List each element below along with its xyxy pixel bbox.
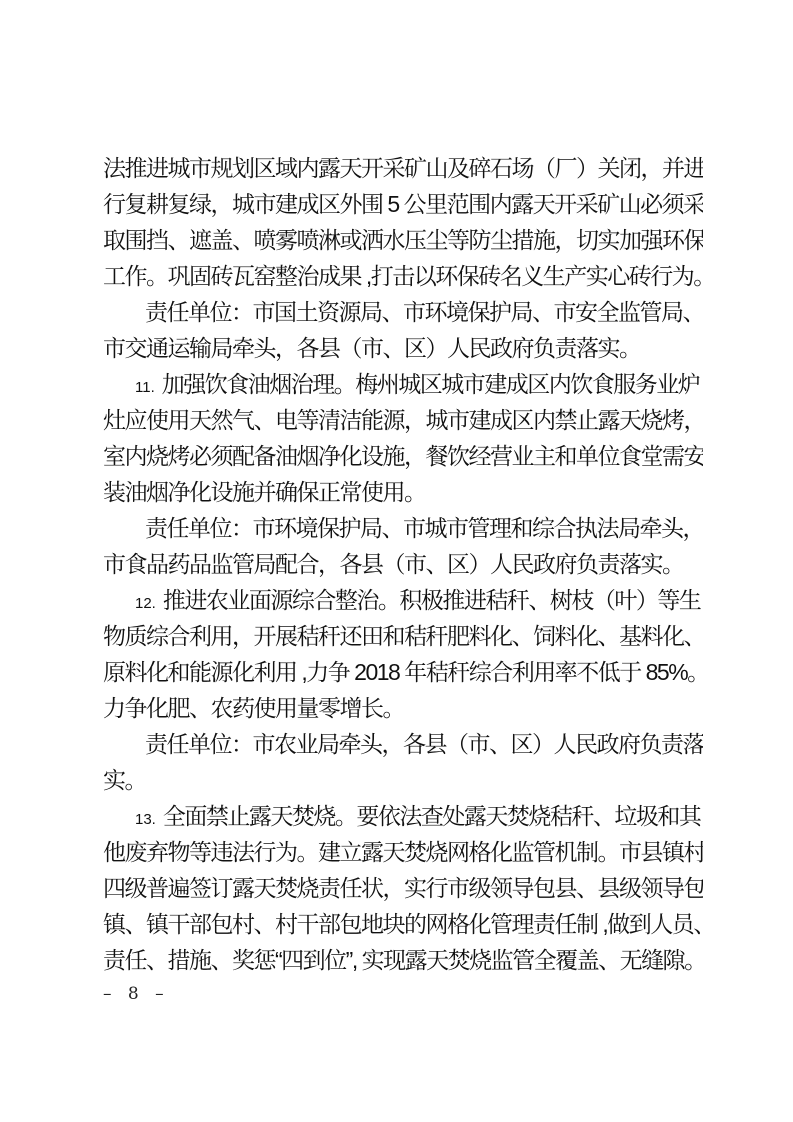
paragraph-number: 11.: [135, 370, 155, 402]
text-line: 责任、措施、奖惩“四到位”, 实现露天焚烧监管全覆盖、无缝隙。: [103, 942, 703, 978]
text-line: 行复耕复绿，城市建成区外围 5 公里范围内露天开采矿山必须采: [103, 186, 703, 222]
text-line: 灶应使用天然气、电等清洁能源，城市建成区内禁止露天烧烤，: [103, 402, 703, 438]
text-line: 市交通运输局牵头，各县（市、区）人民政府负责落实。: [103, 330, 703, 366]
paragraph: 法推进城市规划区域内露天开采矿山及碎石场（厂）关闭，并进行复耕复绿，城市建成区外…: [103, 150, 703, 294]
paragraph: 责任单位：市农业局牵头，各县（市、区）人民政府负责落实。: [103, 726, 703, 798]
text-line: 工作。巩固砖瓦窑整治成果 ,打击以环保砖名义生产实心砖行为。: [103, 258, 703, 294]
text-line: 他废弃物等违法行为。建立露天焚烧网格化监管机制。市县镇村: [103, 834, 703, 870]
text-line-content: 推进农业面源综合整治。积极推进秸秆、树枝（叶）等生: [163, 587, 701, 613]
text-line: 四级普遍签订露天焚烧责任状，实行市级领导包县、县级领导包: [103, 870, 703, 906]
text-line: 装油烟净化设施并确保正常使用。: [103, 474, 703, 510]
text-line-content: 全面禁止露天焚烧。要依法查处露天焚烧秸秆、垃圾和其: [163, 803, 701, 829]
text-line: 实。: [103, 762, 703, 798]
document-body: 法推进城市规划区域内露天开采矿山及碎石场（厂）关闭，并进行复耕复绿，城市建成区外…: [103, 150, 703, 978]
text-line: 责任单位：市国土资源局、市环境保护局、市安全监管局、: [103, 294, 703, 330]
text-line: 物质综合利用，开展秸秆还田和秸秆肥料化、饲料化、基料化、: [103, 618, 703, 654]
paragraph: 责任单位：市国土资源局、市环境保护局、市安全监管局、市交通运输局牵头，各县（市、…: [103, 294, 703, 366]
text-line: 法推进城市规划区域内露天开采矿山及碎石场（厂）关闭，并进: [103, 150, 703, 186]
paragraph: 责任单位：市环境保护局、市城市管理和综合执法局牵头，市食品药品监管局配合，各县（…: [103, 510, 703, 582]
text-line-content: 加强饮食油烟治理。梅州城区城市建成区内饮食服务业炉: [162, 371, 700, 397]
text-line: 力争化肥、农药使用量零增长。: [103, 690, 703, 726]
text-line: 市食品药品监管局配合，各县（市、区）人民政府负责落实。: [103, 546, 703, 582]
text-line: 12.推进农业面源综合整治。积极推进秸秆、树枝（叶）等生: [103, 582, 703, 618]
text-line: 13.全面禁止露天焚烧。要依法查处露天焚烧秸秆、垃圾和其: [103, 798, 703, 834]
text-line: 责任单位：市环境保护局、市城市管理和综合执法局牵头，: [103, 510, 703, 546]
text-line: 镇、镇干部包村、村干部包地块的网格化管理责任制 ,做到人员、: [103, 906, 703, 942]
text-line: 责任单位：市农业局牵头，各县（市、区）人民政府负责落: [103, 726, 703, 762]
paragraph: 12.推进农业面源综合整治。积极推进秸秆、树枝（叶）等生物质综合利用，开展秸秆还…: [103, 582, 703, 726]
paragraph-number: 12.: [135, 586, 156, 618]
text-line: 室内烧烤必须配备油烟净化设施，餐饮经营业主和单位食堂需安: [103, 438, 703, 474]
text-line: 11.加强饮食油烟治理。梅州城区城市建成区内饮食服务业炉: [103, 366, 703, 402]
paragraph: 13.全面禁止露天焚烧。要依法查处露天焚烧秸秆、垃圾和其他废弃物等违法行为。建立…: [103, 798, 703, 978]
document-page: 法推进城市规划区域内露天开采矿山及碎石场（厂）关闭，并进行复耕复绿，城市建成区外…: [0, 0, 793, 1122]
page-number: – 8 –: [103, 984, 167, 1004]
text-line: 取围挡、遮盖、喷雾喷淋或洒水压尘等防尘措施，切实加强环保: [103, 222, 703, 258]
paragraph-number: 13.: [135, 802, 156, 834]
text-line: 原料化和能源化利用 ,力争 2018 年秸秆综合利用率不低于 85%。: [103, 654, 703, 690]
paragraph: 11.加强饮食油烟治理。梅州城区城市建成区内饮食服务业炉灶应使用天然气、电等清洁…: [103, 366, 703, 510]
